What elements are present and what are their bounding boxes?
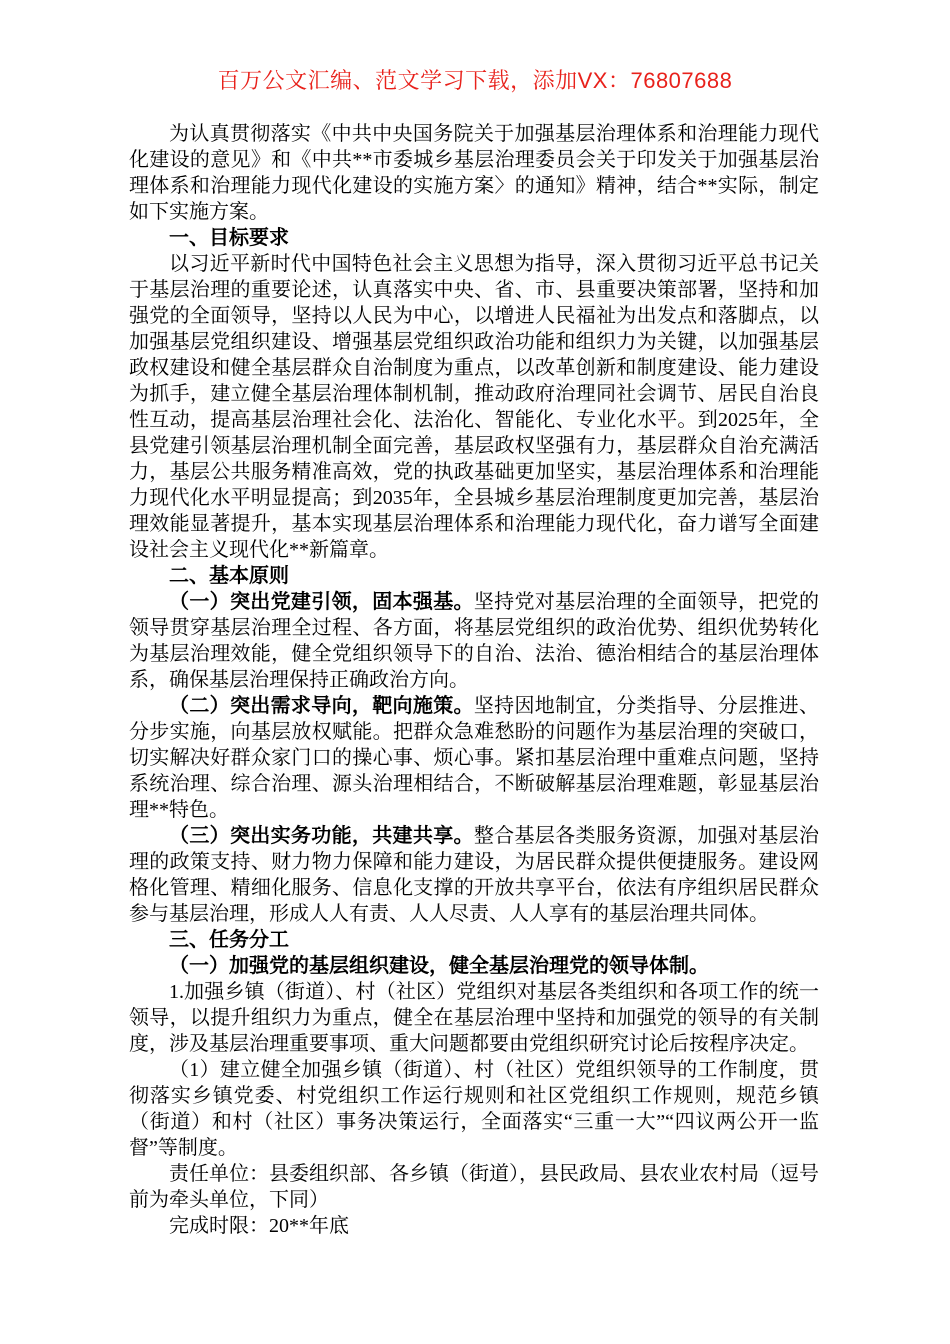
principle-2-lead: （二）突出需求导向，靶向施策。: [169, 695, 474, 717]
section-heading-tasks: 三、任务分工: [129, 927, 819, 953]
principle-1-paragraph: （一）突出党建引领，固本强基。坚持党对基层治理的全面领导，把党的领导贯穿基层治理…: [129, 589, 819, 693]
principle-3-lead: （三）突出实务功能，共建共享。: [169, 825, 474, 847]
task-1-paragraph: 1.加强乡镇（街道）、村（社区）党组织对基层各类组织和各项工作的统一领导，以提升…: [129, 979, 819, 1057]
principle-2-paragraph: （二）突出需求导向，靶向施策。坚持因地制宜，分类指导、分层推进、分步实施，向基层…: [129, 693, 819, 823]
opening-paragraph: 为认真贯彻落实《中共中央国务院关于加强基层治理体系和治理能力现代化建设的意见》和…: [129, 121, 819, 225]
document-page: 百万公文汇编、范文学习下载，添加VX：76807688 为认真贯彻落实《中共中央…: [0, 0, 950, 1344]
task-1-item-1-paragraph: （1）建立健全加强乡镇（街道）、村（社区）党组织领导的工作制度，贯彻落实乡镇党委…: [129, 1057, 819, 1161]
document-body: 为认真贯彻落实《中共中央国务院关于加强基层治理体系和治理能力现代化建设的意见》和…: [129, 121, 819, 1239]
section-heading-goals: 一、目标要求: [129, 225, 819, 251]
responsible-units-paragraph: 责任单位：县委组织部、各乡镇（街道），县民政局、县农业农村局（逗号前为牵头单位，…: [129, 1161, 819, 1213]
promo-banner-text: 百万公文汇编、范文学习下载，添加VX：76807688: [0, 69, 950, 93]
goals-paragraph: 以习近平新时代中国特色社会主义思想为指导，深入贯彻习近平总书记关于基层治理的重要…: [129, 251, 819, 563]
principle-3-paragraph: （三）突出实务功能，共建共享。整合基层各类服务资源，加强对基层治理的政策支持、财…: [129, 823, 819, 927]
section-heading-principles: 二、基本原则: [129, 563, 819, 589]
deadline-paragraph: 完成时限：20**年底: [129, 1213, 819, 1239]
subsection-heading-party-org: （一）加强党的基层组织建设，健全基层治理党的领导体制。: [129, 953, 819, 979]
principle-1-lead: （一）突出党建引领，固本强基。: [169, 591, 474, 613]
